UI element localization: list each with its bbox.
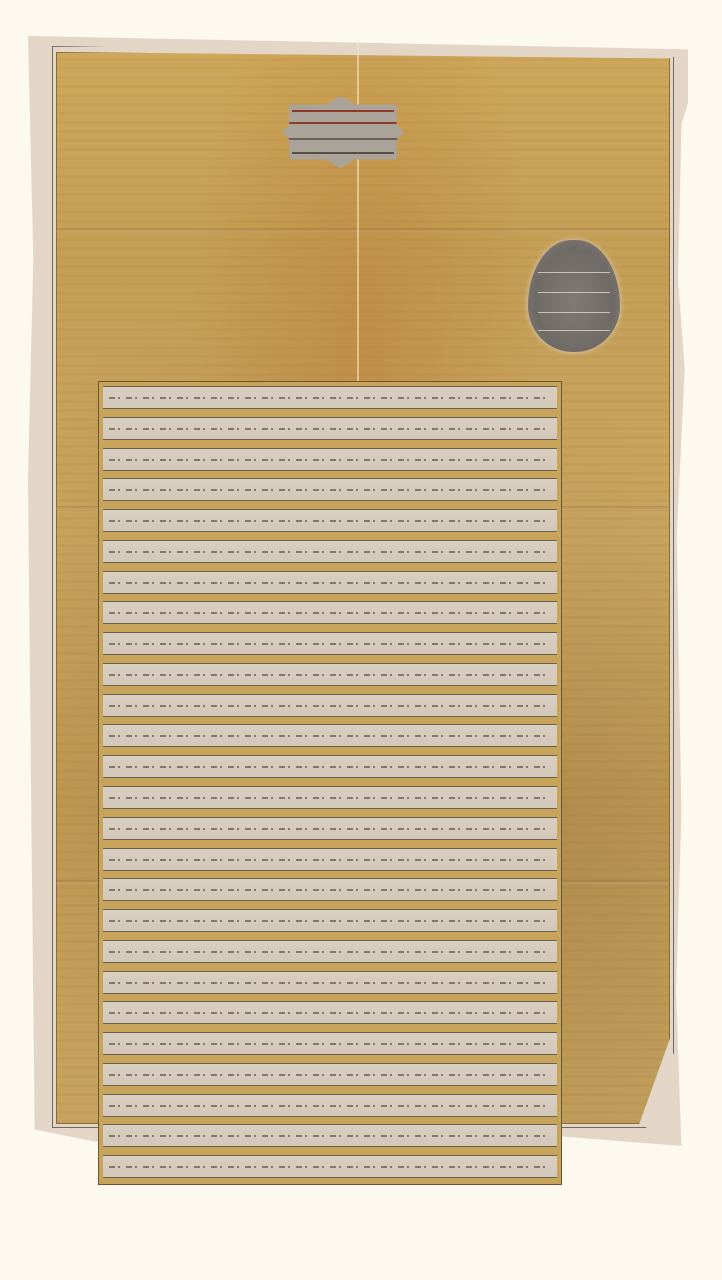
calligraphy-script bbox=[109, 1074, 551, 1076]
fold-crease bbox=[56, 228, 668, 232]
manuscript-text-line bbox=[103, 663, 557, 686]
text-panel bbox=[98, 381, 562, 1185]
calligraphy-script bbox=[109, 1043, 551, 1045]
calligraphy-script bbox=[109, 551, 551, 553]
calligraphy-script bbox=[109, 520, 551, 522]
manuscript-text-line bbox=[103, 1124, 557, 1147]
calligraphy-script bbox=[109, 859, 551, 861]
manuscript-text-line bbox=[103, 971, 557, 994]
manuscript-text-line bbox=[103, 417, 557, 440]
manuscript-text-line bbox=[103, 478, 557, 501]
manuscript-text-line bbox=[103, 786, 557, 809]
calligraphy-script bbox=[109, 643, 551, 645]
calligraphy-script bbox=[109, 612, 551, 614]
manuscript-text-line bbox=[103, 724, 557, 747]
manuscript-text-line bbox=[103, 694, 557, 717]
calligraphy-script bbox=[109, 1166, 551, 1168]
calligraphy-script bbox=[109, 982, 551, 984]
calligraphy-script bbox=[109, 735, 551, 737]
manuscript-text-line bbox=[103, 755, 557, 778]
manuscript-text-line bbox=[103, 878, 557, 901]
manuscript-text-line bbox=[103, 940, 557, 963]
seal-band bbox=[538, 272, 610, 273]
calligraphy-script bbox=[109, 951, 551, 953]
tughra-red-rule bbox=[286, 122, 400, 124]
calligraphy-script bbox=[109, 889, 551, 891]
calligraphy-script bbox=[109, 1135, 551, 1137]
manuscript-text-line bbox=[103, 848, 557, 871]
manuscript-text-line bbox=[103, 1001, 557, 1024]
tughra-frame bbox=[292, 110, 394, 154]
manuscript-text-line bbox=[103, 571, 557, 594]
calligraphy-script bbox=[109, 797, 551, 799]
tughra-heading-cartouche bbox=[282, 96, 404, 168]
calligraphy-script bbox=[109, 397, 551, 399]
manuscript-text-line bbox=[103, 540, 557, 563]
manuscript-text-line bbox=[103, 632, 557, 655]
manuscript-text-line bbox=[103, 909, 557, 932]
calligraphy-script bbox=[109, 705, 551, 707]
manuscript-text-line bbox=[103, 386, 557, 409]
tughra-dark-rule bbox=[286, 138, 400, 140]
seal-band bbox=[538, 312, 610, 313]
manuscript-text-line bbox=[103, 1032, 557, 1055]
manuscript-text-line bbox=[103, 509, 557, 532]
seal-band bbox=[538, 292, 610, 293]
manuscript-text-line bbox=[103, 817, 557, 840]
calligraphy-script bbox=[109, 459, 551, 461]
manuscript-text-line bbox=[103, 448, 557, 471]
calligraphy-script bbox=[109, 428, 551, 430]
ink-seal-icon bbox=[528, 240, 620, 352]
calligraphy-script bbox=[109, 828, 551, 830]
calligraphy-script bbox=[109, 766, 551, 768]
manuscript-text-line bbox=[103, 1094, 557, 1117]
calligraphy-script bbox=[109, 1105, 551, 1107]
calligraphy-script bbox=[109, 920, 551, 922]
manuscript-text-line bbox=[103, 1155, 557, 1178]
calligraphy-script bbox=[109, 582, 551, 584]
seal-band bbox=[538, 330, 610, 331]
manuscript-text-line bbox=[103, 1063, 557, 1086]
manuscript-text-line bbox=[103, 601, 557, 624]
calligraphy-script bbox=[109, 1012, 551, 1014]
calligraphy-script bbox=[109, 674, 551, 676]
calligraphy-script bbox=[109, 489, 551, 491]
